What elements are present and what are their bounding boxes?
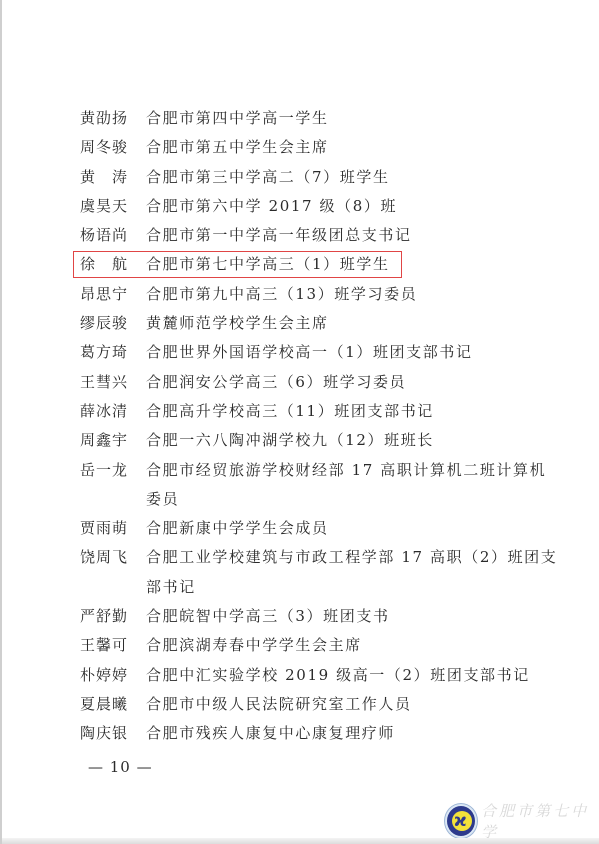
person-description: 合肥中汇实验学校 2019 级高一（2）班团支部书记 [146, 661, 560, 690]
person-name: 杨语尚 [80, 221, 146, 250]
list-item: 王彗兴合肥润安公学高三（6）班学习委员 [80, 368, 560, 397]
list-item: 朴婷婷合肥中汇实验学校 2019 级高一（2）班团支部书记 [80, 661, 560, 690]
list-item: 黄 涛合肥市第三中学高二（7）班学生 [80, 163, 560, 192]
list-item: 虞昊天合肥市第六中学 2017 级（8）班 [80, 192, 560, 221]
person-description: 合肥市第一中学高一年级团总支书记 [146, 221, 560, 250]
list-item: 饶周飞合肥工业学校建筑与市政工程学部 17 高职（2）班团支部书记 [80, 543, 560, 602]
page-edge [2, 838, 599, 844]
person-name: 黄劭扬 [80, 104, 146, 133]
list-item: 严舒勤合肥皖智中学高三（3）班团支书 [80, 602, 560, 631]
person-description: 合肥工业学校建筑与市政工程学部 17 高职（2）班团支部书记 [146, 543, 560, 602]
person-name: 王馨可 [80, 631, 146, 660]
person-description: 合肥滨湖寿春中学学生会主席 [146, 631, 560, 660]
person-description: 合肥高升学校高三（11）班团支部书记 [146, 397, 560, 426]
person-name: 昂思宁 [80, 280, 146, 309]
highlight-box [73, 251, 402, 278]
person-name: 朴婷婷 [80, 661, 146, 690]
person-description: 合肥市第九中高三（13）班学习委员 [146, 280, 560, 309]
watermark-text: 合肥市第七中学 [481, 800, 599, 842]
list-item: 陶庆银合肥市残疾人康复中心康复理疗师 [80, 719, 560, 748]
person-description: 合肥市第五中学生会主席 [146, 133, 560, 162]
list-item: 周冬骏合肥市第五中学生会主席 [80, 133, 560, 162]
emblem-mark: ϰ [454, 810, 467, 832]
person-name: 王彗兴 [80, 368, 146, 397]
list-item: 杨语尚合肥市第一中学高一年级团总支书记 [80, 221, 560, 250]
person-name: 黄 涛 [80, 163, 146, 192]
person-name: 岳一龙 [80, 456, 146, 485]
person-name: 葛方琦 [80, 338, 146, 367]
watermark: ϰ 合肥市第七中学 [447, 803, 599, 839]
list-item: 缪辰骏黄麓师范学校学生会主席 [80, 309, 560, 338]
person-name: 周冬骏 [80, 133, 146, 162]
school-emblem-icon: ϰ [447, 806, 475, 836]
person-description: 合肥市第四中学高一学生 [146, 104, 560, 133]
person-description: 合肥市残疾人康复中心康复理疗师 [146, 719, 560, 748]
person-description: 合肥新康中学学生会成员 [146, 514, 560, 543]
person-description: 合肥皖智中学高三（3）班团支书 [146, 602, 560, 631]
person-name: 贾雨萌 [80, 514, 146, 543]
person-description: 黄麓师范学校学生会主席 [146, 309, 560, 338]
page-number: — 10 — [88, 758, 153, 776]
name-list: 黄劭扬合肥市第四中学高一学生 周冬骏合肥市第五中学生会主席 黄 涛合肥市第三中学… [80, 104, 560, 749]
person-description: 合肥市中级人民法院研究室工作人员 [146, 690, 560, 719]
person-description: 合肥市第六中学 2017 级（8）班 [146, 192, 560, 221]
person-name: 饶周飞 [80, 543, 146, 572]
list-item: 岳一龙合肥市经贸旅游学校财经部 17 高职计算机二班计算机委员 [80, 456, 560, 515]
list-item: 昂思宁合肥市第九中高三（13）班学习委员 [80, 280, 560, 309]
person-description: 合肥润安公学高三（6）班学习委员 [146, 368, 560, 397]
person-name: 虞昊天 [80, 192, 146, 221]
list-item: 薛冰清合肥高升学校高三（11）班团支部书记 [80, 397, 560, 426]
person-description: 合肥市经贸旅游学校财经部 17 高职计算机二班计算机委员 [146, 456, 560, 515]
list-item: 周鑫宇合肥一六八陶冲湖学校九（12）班班长 [80, 426, 560, 455]
list-item: 黄劭扬合肥市第四中学高一学生 [80, 104, 560, 133]
list-item: 夏晨曦合肥市中级人民法院研究室工作人员 [80, 690, 560, 719]
list-item: 王馨可合肥滨湖寿春中学学生会主席 [80, 631, 560, 660]
person-name: 夏晨曦 [80, 690, 146, 719]
person-name: 周鑫宇 [80, 426, 146, 455]
person-name: 严舒勤 [80, 602, 146, 631]
person-name: 缪辰骏 [80, 309, 146, 338]
list-item: 贾雨萌合肥新康中学学生会成员 [80, 514, 560, 543]
person-name: 陶庆银 [80, 719, 146, 748]
person-description: 合肥市第三中学高二（7）班学生 [146, 163, 560, 192]
person-name: 薛冰清 [80, 397, 146, 426]
list-item: 葛方琦合肥世界外国语学校高一（1）班团支部书记 [80, 338, 560, 367]
document-page: 黄劭扬合肥市第四中学高一学生 周冬骏合肥市第五中学生会主席 黄 涛合肥市第三中学… [0, 0, 599, 844]
person-description: 合肥一六八陶冲湖学校九（12）班班长 [146, 426, 560, 455]
person-description: 合肥世界外国语学校高一（1）班团支部书记 [146, 338, 560, 367]
